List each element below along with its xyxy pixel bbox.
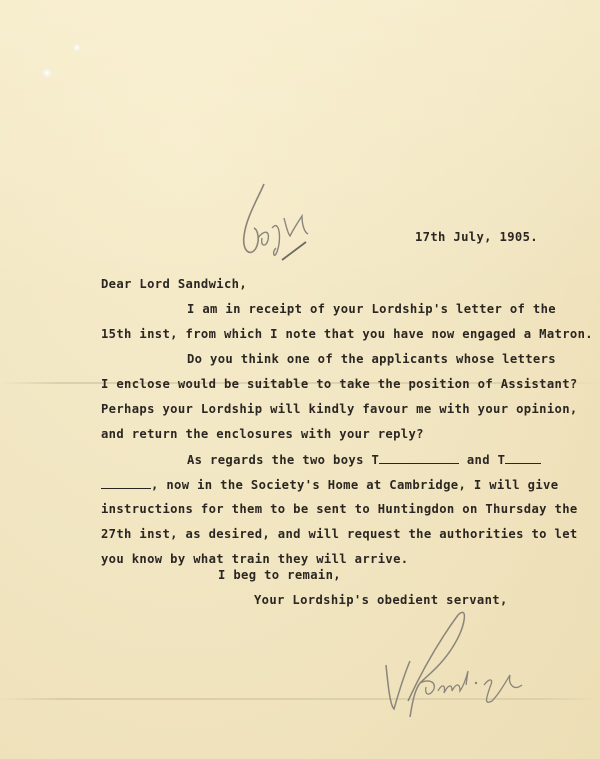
paragraph-2-line-3: Perhaps your Lordship will kindly favour… — [101, 402, 578, 416]
closing-line-1: I beg to remain, — [218, 568, 341, 582]
letter-page: 17th July, 1905. Dear Lord Sandwich, I a… — [0, 0, 600, 759]
boys-and-text: and T — [467, 453, 505, 467]
home-text: , now in the Society's Home at Cambridge… — [151, 478, 558, 492]
paragraph-1-line-1: I am in receipt of your Lordship's lette… — [187, 302, 556, 316]
paragraph-1-line-2: 15th inst, from which I note that you ha… — [101, 327, 593, 341]
redacted-name-blank-3 — [101, 477, 151, 489]
paragraph-3-line-3: instructions for them to be sent to Hunt… — [101, 502, 578, 516]
boys-lead-text: As regards the two boys T — [187, 453, 379, 467]
redacted-name-blank-1 — [379, 452, 459, 464]
paragraph-2-line-2: I enclose would be suitable to take the … — [101, 377, 578, 391]
paragraph-2-line-4: and return the enclosures with your repl… — [101, 427, 424, 441]
paragraph-3-line-4: 27th inst, as desired, and will request … — [101, 527, 578, 541]
punch-mark-1 — [72, 44, 82, 51]
paragraph-3-line-5: you know by what train they will arrive. — [101, 552, 409, 566]
paragraph-3-line-1: As regards the two boys T and T — [187, 452, 541, 467]
salutation: Dear Lord Sandwich, — [101, 277, 247, 291]
redacted-name-blank-2 — [505, 452, 541, 464]
letter-date: 17th July, 1905. — [415, 230, 538, 244]
paragraph-3-line-2: , now in the Society's Home at Cambridge… — [101, 477, 558, 492]
punch-mark-2 — [42, 68, 52, 78]
signature-icon — [380, 605, 550, 725]
paragraph-2-line-1: Do you think one of the applicants whose… — [187, 352, 556, 366]
copy-annotation-icon — [236, 178, 316, 262]
